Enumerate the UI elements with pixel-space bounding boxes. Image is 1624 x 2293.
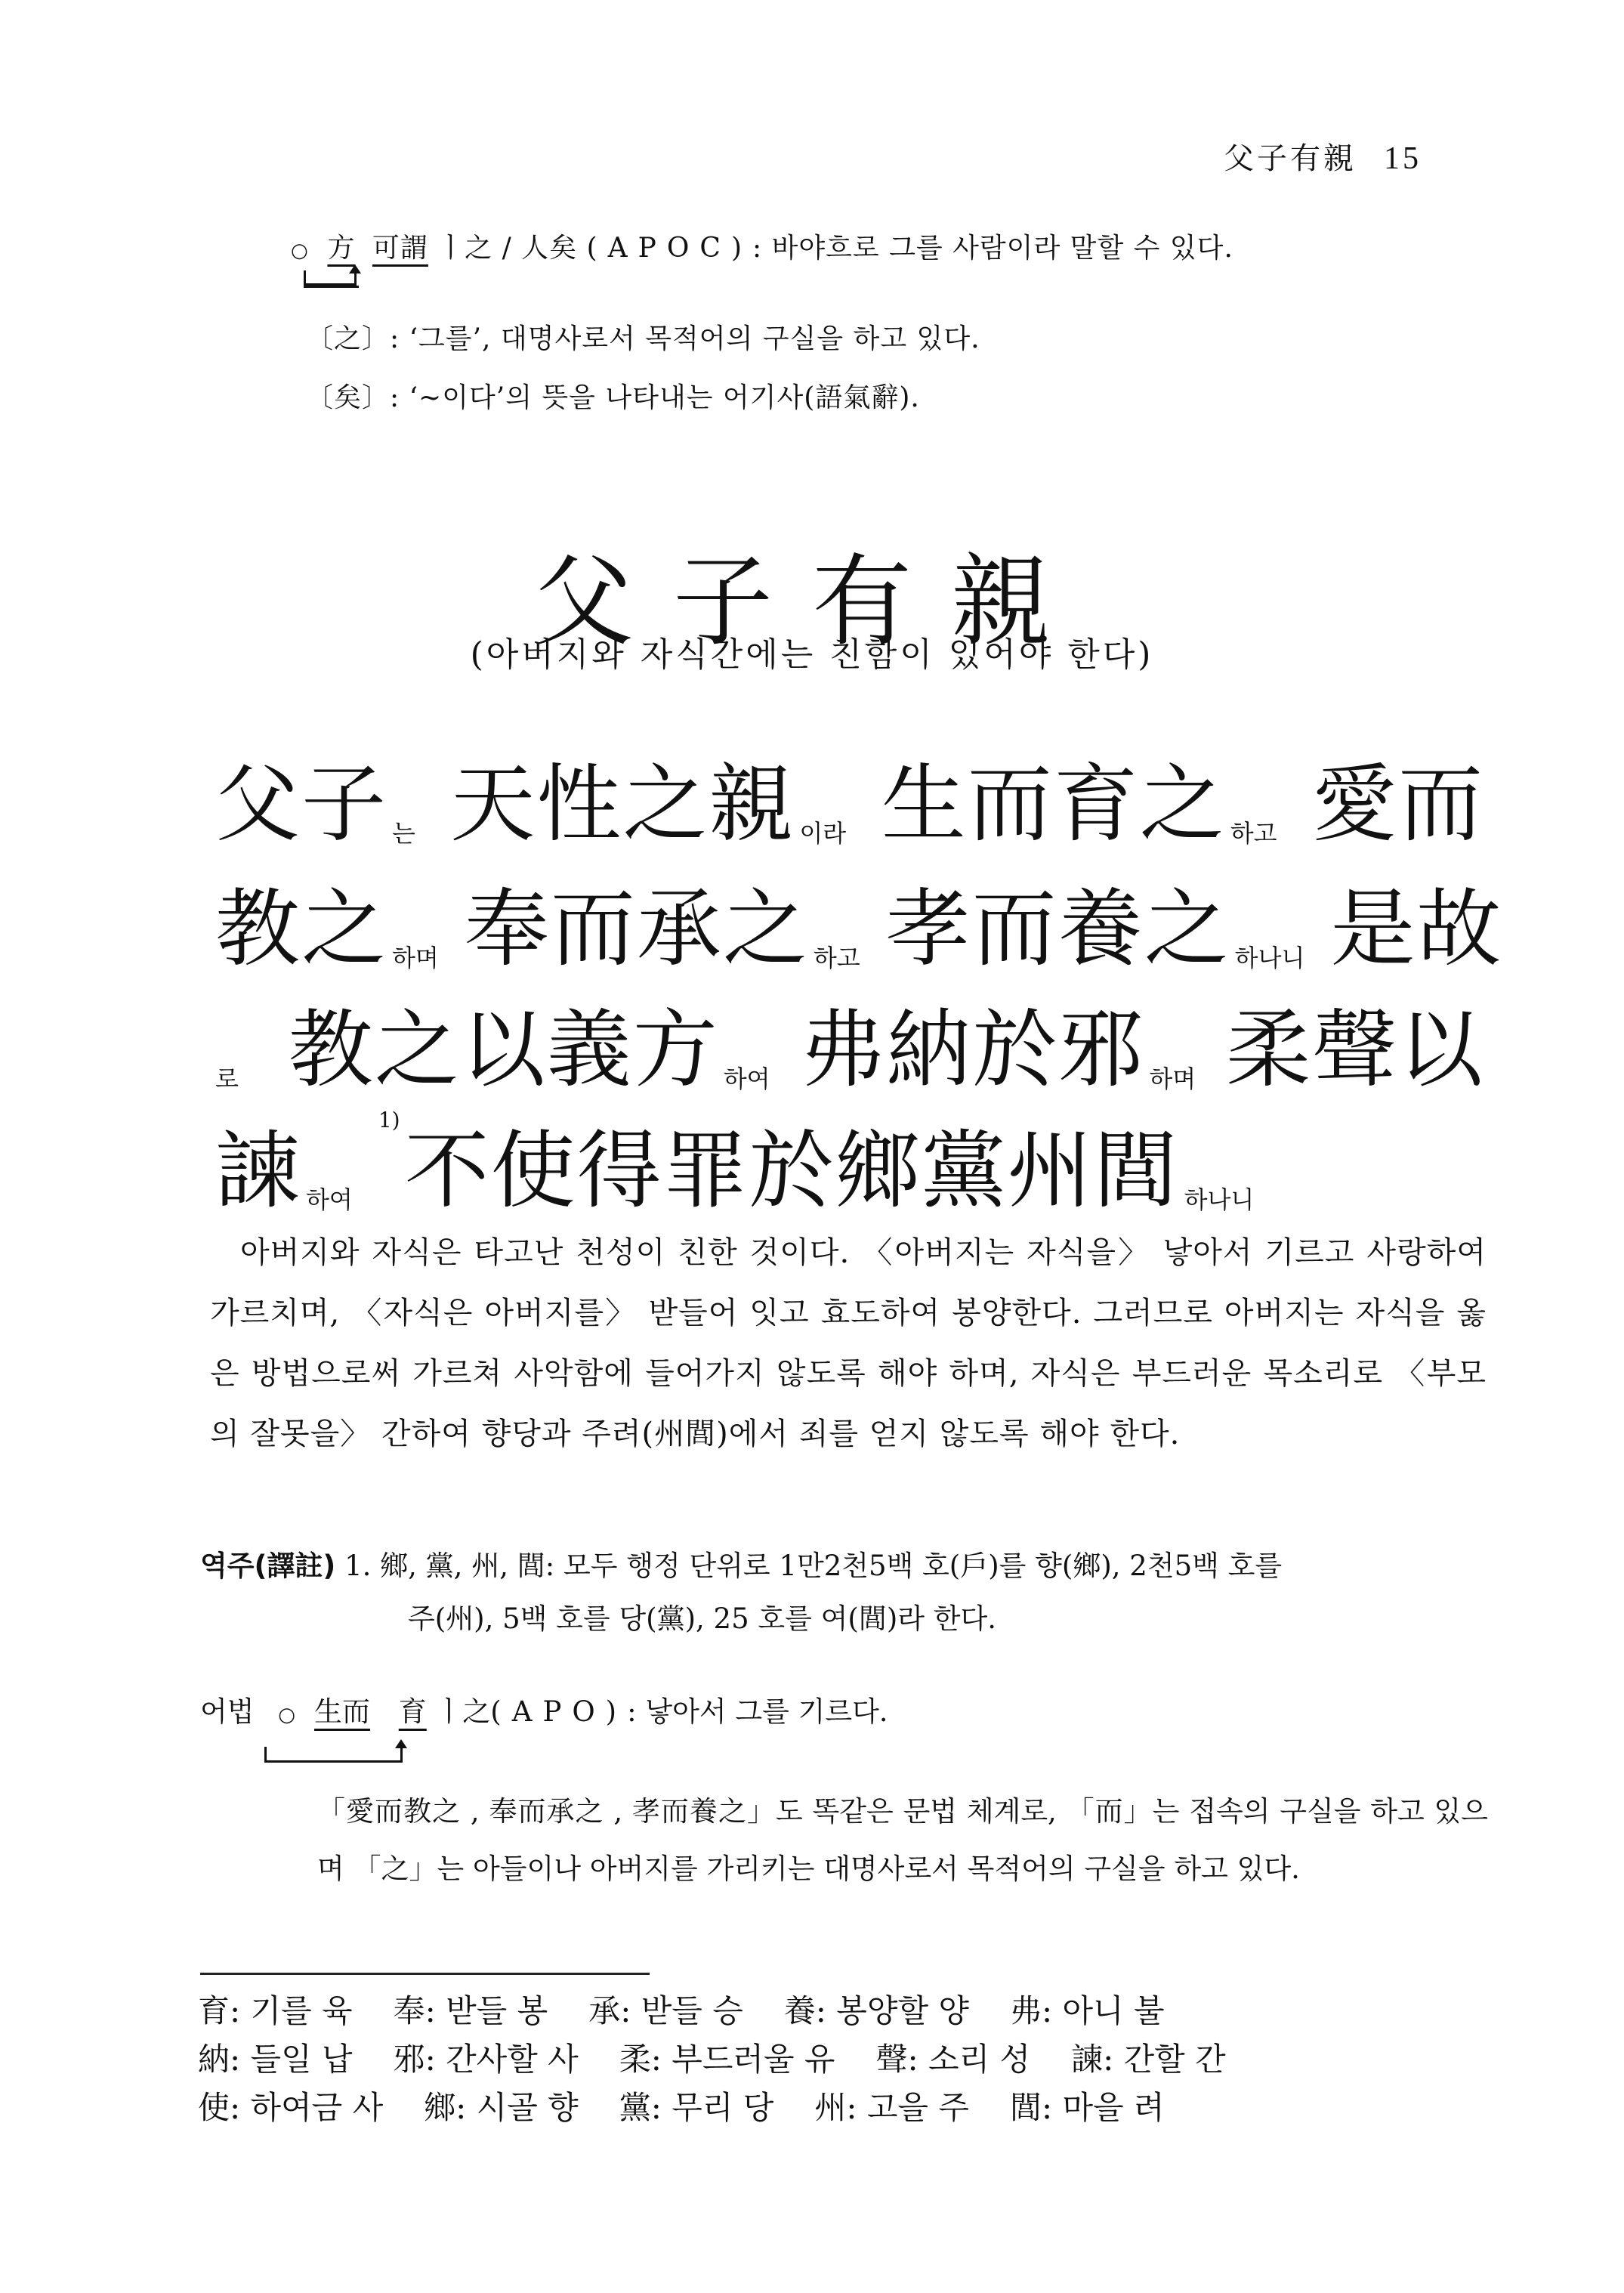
vocab-meaning: : 부드러울 유 — [651, 2041, 835, 2078]
arrow-up-icon — [395, 1739, 407, 1748]
verse-hanja: 教之以義方 — [289, 982, 719, 1104]
vocab-row: 使: 하여금 사 鄉: 시골 향 黨: 무리 당 州: 고을 주 閭: 마을 려 — [198, 2084, 1267, 2132]
vocab-meaning: : 받들 승 — [620, 1992, 743, 2029]
verse-ending: 하나니 — [1235, 939, 1305, 974]
verse-phrase: 天性之親이라 — [450, 737, 872, 858]
verse-hanja: 父子 — [215, 737, 387, 858]
vocab-entry: 使: 하여금 사 — [198, 2084, 383, 2132]
bullet-icon: ○ — [278, 1704, 305, 1726]
verse-hanja: 弗納於邪 — [800, 982, 1144, 1104]
verse-ending: 하여 — [306, 1181, 353, 1216]
verse-hanja: 生而育之 — [881, 737, 1226, 858]
verse-line-3: 로 教之以義方하여 弗納於邪하며 柔聲以 — [215, 982, 1484, 1104]
vocab-entry: 黨: 무리 당 — [619, 2084, 774, 2132]
footnote-marker[interactable]: 1) — [378, 1108, 400, 1133]
vocab-meaning: : 아니 불 — [1042, 1992, 1165, 2029]
note-text: : ‘~이다’의 뜻을 나타내는 어기사(語氣辭). — [390, 382, 920, 413]
vocab-char: 養 — [784, 1992, 816, 2029]
verse-ending: 로 — [215, 1060, 239, 1095]
verse-line-2: 教之하며 奉而承之하고 孝而養之하나니 是故 — [215, 861, 1484, 983]
vocab-char: 奉 — [394, 1992, 425, 2029]
vocab-char: 承 — [588, 1992, 620, 2029]
translator-notes: 역주(譯註) 1. 鄉, 黨, 州, 閭: 모두 행정 단위로 1만2천5백 호… — [200, 1540, 1484, 1646]
verse-hanja: 天性之親 — [450, 737, 795, 858]
analysis-subject: 方 — [327, 233, 355, 264]
verse-hanja: 教之 — [215, 861, 387, 983]
vocab-row: 納: 들일 납 邪: 간사할 사 柔: 부드러울 유 聲: 소리 성 諫: 간할… — [198, 2035, 1267, 2084]
grammar-bracket-bottom — [264, 1760, 402, 1763]
analysis-note-2: 〔矣〕: ‘~이다’의 뜻을 나타내는 어기사(語氣辭). — [306, 376, 920, 415]
verse-phrase: 生而育之하고 — [881, 737, 1303, 858]
vocabulary-list: 育: 기를 육 奉: 받들 봉 承: 받들 승 養: 봉양할 양 弗: 아니 불… — [198, 1987, 1267, 2132]
verse-phrase: 諫하여 — [215, 1103, 378, 1225]
vocab-char: 弗 — [1010, 1992, 1042, 2029]
grammar-label: 어법 — [200, 1695, 254, 1728]
vocab-entry: 納: 들일 납 — [198, 2035, 353, 2084]
grammar-bracket-left — [264, 1747, 267, 1762]
verse-ending: 이라 — [799, 814, 846, 849]
verse-phrase: 教之以義方하여 — [289, 982, 796, 1104]
verse-hanja: 柔聲以 — [1226, 982, 1484, 1104]
vocab-meaning: : 하여금 사 — [230, 2089, 383, 2126]
analysis-note-1: 〔之〕: ‘그를’, 대명사로서 목적어의 구실을 하고 있다. — [306, 317, 980, 356]
verse-hanja: 不使得罪於鄉黨州閭 — [405, 1103, 1180, 1225]
vocab-char: 黨 — [619, 2089, 651, 2126]
verse-ending: 하며 — [392, 939, 439, 974]
vocab-char: 柔 — [619, 2041, 651, 2078]
section-subtitle: (아버지와 자식간에는 친함이 있어야 한다) — [0, 627, 1624, 675]
running-head: 父子有親15 — [1224, 134, 1422, 178]
vocab-meaning: : 간사할 사 — [425, 2041, 579, 2078]
verse-hanja: 愛而 — [1312, 737, 1484, 858]
verse-line-4: 諫하여 1)不使得罪於鄉黨州閭하나니 — [215, 1103, 1484, 1225]
grammar-predicate: 育 — [399, 1695, 427, 1728]
verse-phrase: 1)不使得罪於鄉黨州閭하나니 — [378, 1103, 1280, 1225]
verse-hanja: 諫 — [215, 1103, 301, 1225]
vocab-entry: 諫: 간할 간 — [1071, 2035, 1226, 2084]
vocab-char: 納 — [198, 2041, 230, 2078]
grammar-arrow-stem — [400, 1747, 403, 1763]
note-text: : ‘그를’, 대명사로서 목적어의 구실을 하고 있다. — [390, 323, 980, 354]
vocab-meaning: : 마을 려 — [1042, 2089, 1165, 2126]
verse-phrase: 是故 — [1330, 861, 1502, 983]
note-term: 〔矣〕 — [306, 382, 390, 413]
vocab-char: 諫 — [1071, 2041, 1103, 2078]
vocab-entry: 鄉: 시골 향 — [424, 2084, 579, 2132]
note-number: 1. — [344, 1550, 371, 1582]
note-line-2: 주(州), 5백 호를 당(黨), 25 호를 여(閭)라 한다. — [200, 1593, 1484, 1646]
vocab-char: 聲 — [875, 2041, 907, 2078]
syntax-arrow-line — [304, 283, 357, 286]
vocab-entry: 弗: 아니 불 — [1010, 1987, 1165, 2035]
verse-phrase: 愛而 — [1312, 737, 1484, 858]
analysis-pattern: (APOC) — [587, 233, 752, 264]
vocab-entry: 柔: 부드러울 유 — [619, 2035, 835, 2084]
translation-paragraph: 아버지와 자식은 타고난 천성이 친한 것이다. 〈아버지는 자식을〉 낳아서 … — [210, 1222, 1487, 1464]
vocab-meaning: : 들일 납 — [230, 2041, 353, 2078]
vocab-entry: 邪: 간사할 사 — [394, 2035, 579, 2084]
vocab-entry: 育: 기를 육 — [198, 1987, 353, 2035]
vocab-entry: 奉: 받들 봉 — [394, 1987, 548, 2035]
grammar-subject: 生而 — [314, 1695, 370, 1728]
vocab-meaning: : 무리 당 — [651, 2089, 774, 2126]
vocab-meaning: : 받들 봉 — [425, 1992, 548, 2029]
note-line-1: 鄉, 黨, 州, 閭: 모두 행정 단위로 1만2천5백 호(戶)를 향(鄉),… — [380, 1550, 1282, 1582]
verse-phrase: 弗納於邪하며 — [800, 982, 1221, 1104]
note-term: 〔之〕 — [306, 323, 390, 354]
running-head-title: 父子有親 — [1224, 141, 1357, 176]
vocab-meaning: : 시골 향 — [455, 2089, 579, 2126]
grammar-object: ㅣ之 — [436, 1695, 491, 1728]
grammar-example: 어법 ○ 生而 育 ㅣ之(APO): 낳아서 그를 기르다. — [200, 1689, 888, 1729]
verse-ending: 하고 — [814, 939, 860, 974]
verse-ending: 하나니 — [1184, 1181, 1255, 1216]
page-number: 15 — [1384, 141, 1422, 176]
analysis-predicate: 可謂 — [372, 233, 428, 264]
verse-phrase: 孝而養之하나니 — [886, 861, 1331, 983]
vocab-entry: 養: 봉양할 양 — [784, 1987, 969, 2035]
vocab-char: 使 — [198, 2089, 230, 2126]
notes-label: 역주(譯註) — [200, 1550, 335, 1582]
vocab-meaning: : 간할 간 — [1103, 2041, 1226, 2078]
vocab-meaning: : 기를 육 — [230, 1992, 353, 2029]
analysis-translation: : 바야흐로 그를 사람이라 말할 수 있다. — [752, 233, 1233, 264]
verse-hanja: 孝而養之 — [886, 861, 1230, 983]
grammar-pattern: (APO) — [490, 1695, 627, 1728]
verse-hanja: 奉而承之 — [465, 861, 809, 983]
vocab-row: 育: 기를 육 奉: 받들 봉 承: 받들 승 養: 봉양할 양 弗: 아니 불 — [198, 1987, 1267, 2035]
verse-phrase: 奉而承之하고 — [465, 861, 886, 983]
analysis-object: ㅣ之 / 人矣 — [437, 233, 577, 264]
verse-ending: 하여 — [724, 1060, 770, 1095]
vocab-char: 鄉 — [424, 2089, 455, 2126]
arrow-up-icon — [349, 264, 361, 273]
verse-ending: 하고 — [1230, 814, 1277, 849]
grammar-explanation: 「愛而教之 , 奉而承之 , 孝而養之」도 똑같은 문법 체계로, 「而」는 접… — [317, 1783, 1488, 1898]
vocab-entry: 州: 고을 주 — [814, 2084, 969, 2132]
verse-phrase: 父子는 — [215, 737, 441, 858]
footnote-divider — [200, 1973, 650, 1975]
vocab-entry: 閭: 마을 려 — [1010, 2084, 1165, 2132]
bullet-icon: ○ — [291, 239, 318, 262]
vocab-meaning: : 소리 성 — [908, 2041, 1031, 2078]
verse-ending: 는 — [392, 814, 415, 849]
verse-phrase: 教之하며 — [215, 861, 465, 983]
verse-phrase: 柔聲以 — [1226, 982, 1484, 1104]
translator-note-1: 역주(譯註) 1. 鄉, 黨, 州, 閭: 모두 행정 단위로 1만2천5백 호… — [200, 1540, 1484, 1593]
vocab-char: 州 — [814, 2089, 846, 2126]
verse-line-1: 父子는 天性之親이라 生而育之하고 愛而 — [215, 737, 1484, 858]
verse-hanja: 是故 — [1330, 861, 1502, 983]
vocab-entry: 承: 받들 승 — [588, 1987, 743, 2035]
vocab-meaning: : 봉양할 양 — [816, 1992, 969, 2029]
grammar-translation: : 낳아서 그를 기르다. — [627, 1695, 888, 1728]
verse-phrase: 로 — [215, 1060, 284, 1104]
vocab-char: 閭 — [1010, 2089, 1042, 2126]
analysis-example-top: ○ 方 可謂 ㅣ之 / 人矣 (APOC): 바야흐로 그를 사람이라 말할 수… — [291, 227, 1233, 265]
vocab-entry: 聲: 소리 성 — [875, 2035, 1030, 2084]
vocab-meaning: : 고을 주 — [846, 2089, 969, 2126]
vocab-char: 邪 — [394, 2041, 425, 2078]
verse-ending: 하며 — [1149, 1060, 1196, 1095]
vocab-char: 育 — [198, 1992, 230, 2029]
